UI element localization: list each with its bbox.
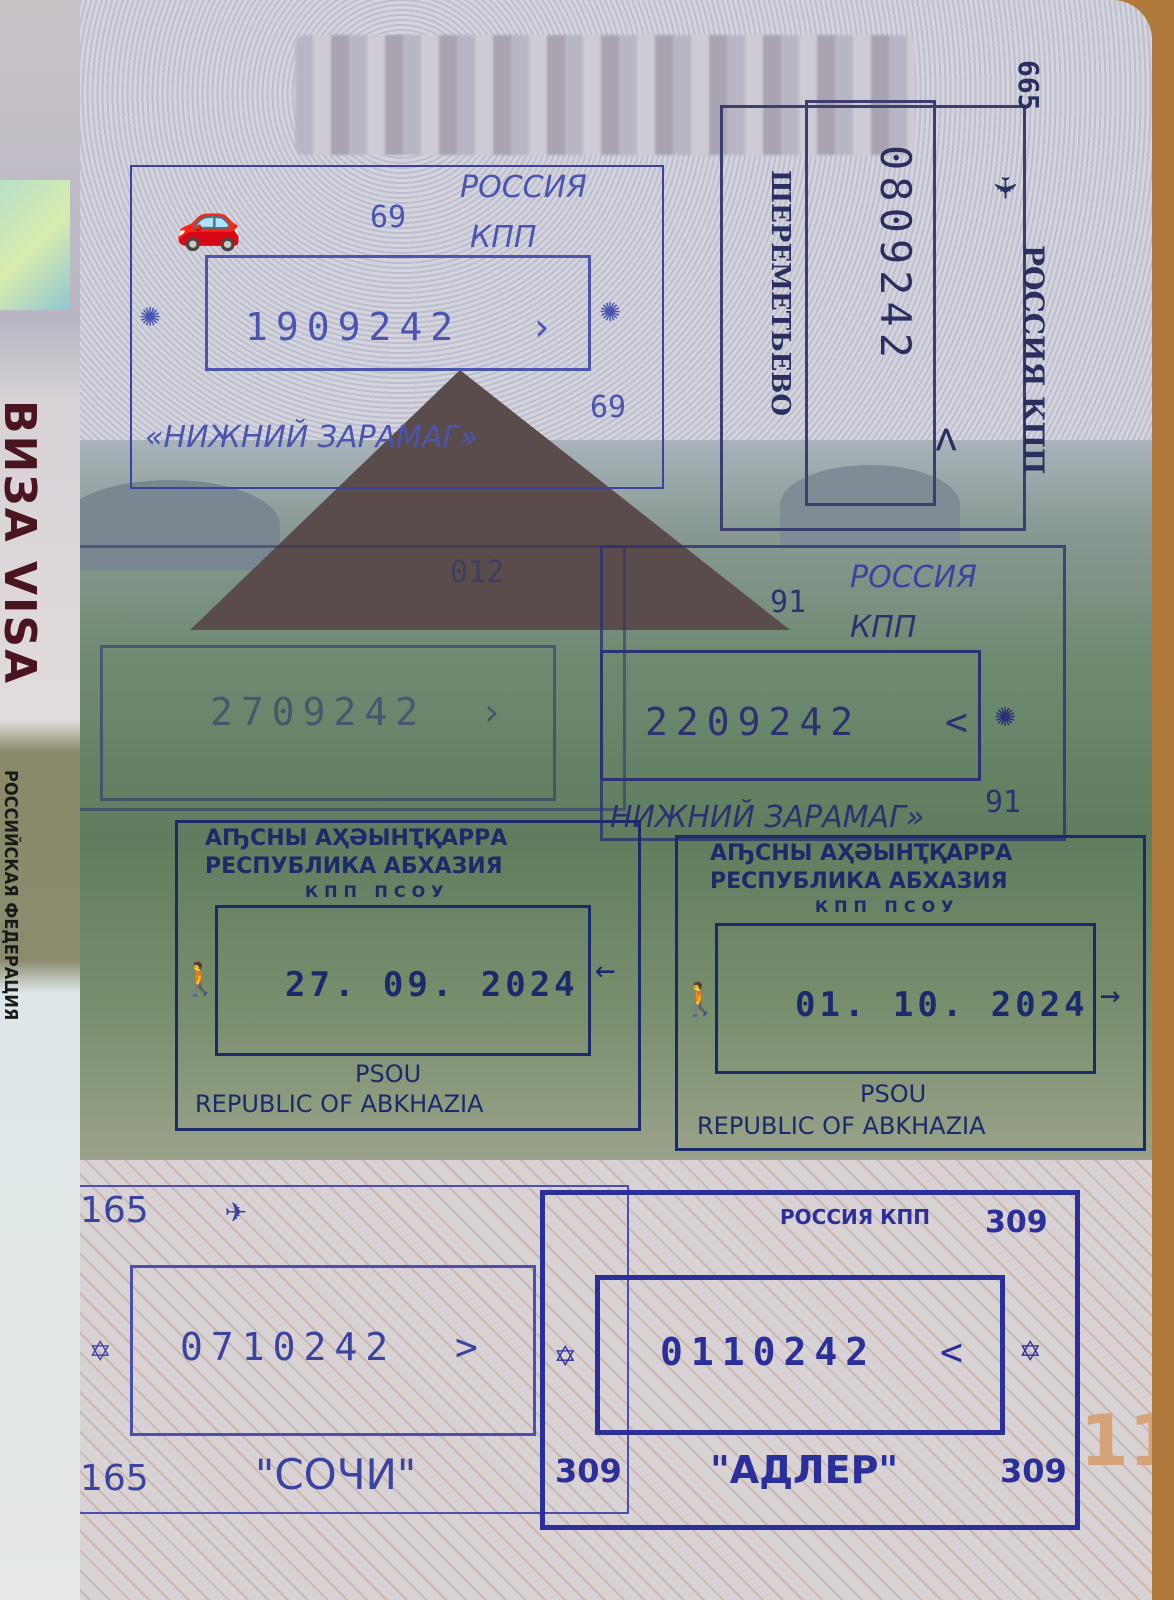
stamp-code-left: 309 [555,1452,622,1490]
stamp-code-bottom: 91 [985,785,1021,820]
stamp-place: "АДЛЕР" [710,1448,898,1492]
stamp-code: 165 [80,1190,149,1231]
stamp-date-code: 0809242 [871,145,920,364]
stamp-country: РОССИЯ [460,170,587,205]
stamp-place: ШЕРЕМЕТЬЕВО [765,170,795,416]
previous-page-edge: ВИЗА VISA РОССИЙСКАЯ ФЕДЕРАЦИЯ [0,0,83,1600]
stamp-psou-entry: АҦСНЫ АҲӘЫНҬҚАРРА РЕСПУБЛИКА АБХАЗИЯ КПП… [175,820,655,1135]
stamp-code-bottom: 165 [80,1458,149,1499]
stamp-kpp: КПП [850,610,916,645]
stamp-code: 309 [985,1205,1048,1240]
stamp-place: «НИЖНИЙ ЗАРАМАГ» [145,420,478,455]
stamp-top-text: РОССИЯ КПП [780,1205,930,1229]
direction-icon: > [455,1325,486,1369]
direction-icon: < [945,700,976,744]
direction-icon: < [940,1330,971,1374]
stamp-adler: РОССИЯ КПП 309 ✡ ✡ 0110242 < 309 "АДЛЕР"… [540,1190,1080,1530]
stamp-code: 91 [770,585,806,620]
stamp-date-code: 0710242 [180,1325,396,1369]
pedestrian-icon: 🚶 [680,980,720,1018]
star-icon: ✡ [1020,1330,1040,1370]
stamp-line-psou: PSOU [860,1080,926,1108]
direction-arrow-icon: ← [595,950,615,990]
previous-page-country-label: РОССИЙСКАЯ ФЕДЕРАЦИЯ [0,770,21,1020]
stamp-line-russian: РЕСПУБЛИКА АБХАЗИЯ [710,869,1008,894]
airplane-icon: ✈ [984,176,1030,200]
star-icon: ✡ [555,1335,575,1375]
stamp-faint-nizhny-zaramag: 2709242 › 012 [80,545,630,815]
stamp-line-abkhaz: АҦСНЫ АҲӘЫНҬҚАРРА [205,826,507,851]
stamp-date-code: 0110242 [660,1330,876,1374]
star-icon: ✡ [90,1330,110,1370]
car-icon: 🚗 [175,190,242,254]
direction-icon: › [530,305,561,349]
stamp-nizhny-zaramag-69: 🚗 69 РОССИЯ КПП ✺ ✺ 1909242 › «НИЖНИЙ ЗА… [130,165,670,495]
direction-icon: › [480,690,511,734]
stamp-line-kpp: КПП ПСОУ [815,897,960,916]
pedestrian-icon: 🚶 [180,960,220,998]
sun-emblem-icon: ✺ [600,290,620,330]
page-number: 11 [1080,1400,1152,1482]
stamp-line-english: REPUBLIC OF ABKHAZIA [697,1112,986,1140]
stamp-date-code: 1909242 [245,305,461,349]
stamp-place: "СОЧИ" [255,1450,416,1499]
stamp-code-bottom: 69 [590,390,626,425]
stamp-code-fragment: 012 [450,555,504,590]
direction-icon: < [923,427,972,452]
previous-page-visa-label: ВИЗА VISA [0,400,45,685]
direction-arrow-icon: → [1100,975,1120,1015]
stamp-line-russian: РЕСПУБЛИКА АБХАЗИЯ [205,854,503,879]
stamp-nizhny-zaramag-91: 91 РОССИЯ КПП 2209242 < ✺ НИЖНИЙ ЗАРАМАГ… [600,545,1070,845]
stamp-code-bottom: 309 [1000,1452,1067,1490]
sun-emblem-icon: ✺ [140,295,160,335]
stamp-line-psou: PSOU [355,1060,421,1088]
stamp-sheremetyevo: 0809242 < ШЕРЕМЕТЬЕВО 665 ✈ РОССИЯ КПП [720,55,1050,545]
stamp-line-english: REPUBLIC OF ABKHAZIA [195,1090,484,1118]
stamp-date-code: 2709242 [210,690,426,734]
stamp-date: 01. 10. 2024 [795,985,1089,1025]
stamp-country: РОССИЯ [850,560,977,595]
stamp-kpp: КПП [470,220,536,255]
stamp-line-kpp: КПП ПСОУ [305,882,450,901]
stamp-date: 27. 09. 2024 [285,965,579,1005]
stamp-code: 69 [370,200,406,235]
stamp-place: НИЖНИЙ ЗАРАМАГ» [610,800,924,835]
stamp-code: 665 [1012,60,1045,111]
stamp-psou-exit: АҦСНЫ АҲӘЫНҬҚАРРА РЕСПУБЛИКА АБХАЗИЯ КПП… [675,835,1152,1155]
stamp-line-abkhaz: АҦСНЫ АҲӘЫНҬҚАРРА [710,841,1012,866]
stamp-date-code: 2209242 [645,700,861,744]
sun-emblem-icon: ✺ [995,695,1015,735]
hologram-emblem [0,180,70,310]
stamp-country: РОССИЯ КПП [1017,245,1050,474]
airplane-icon: ✈ [225,1190,247,1231]
passport-page: 11 🚗 69 РОССИЯ КПП ✺ ✺ 1909242 › «НИЖНИЙ… [80,0,1152,1600]
